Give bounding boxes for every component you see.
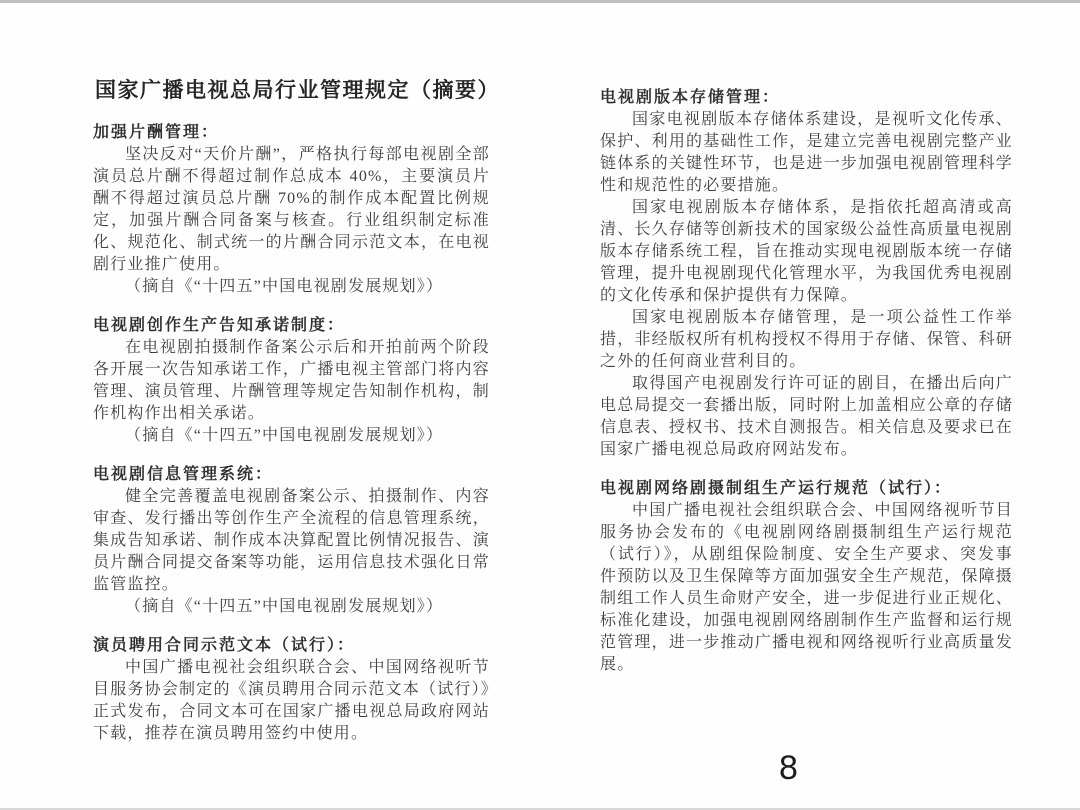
section-heading: 加强片酬管理： bbox=[93, 122, 490, 144]
section-heading: 电视剧网络剧摄制组生产运行规范（试行）： bbox=[600, 478, 1013, 500]
source-citation: （摘自《“十四五”中国电视剧发展规划》） bbox=[93, 596, 490, 618]
section-actor-contract-template: 演员聘用合同示范文本（试行）： 中国广播电视社会组织联合会、中国网络视听节目服务… bbox=[93, 635, 490, 745]
section-pay-management: 加强片酬管理： 坚决反对“天价片酬”，严格执行每部电视剧全部演员总片酬不得超过制… bbox=[93, 122, 490, 298]
paragraph: 取得国产电视剧发行许可证的剧目，在播出后向广电总局提交一套播出版，同时附上加盖相… bbox=[600, 373, 1013, 461]
source-citation: （摘自《“十四五”中国电视剧发展规划》） bbox=[93, 276, 490, 298]
section-information-system: 电视剧信息管理系统： 健全完善覆盖电视剧备案公示、拍摄制作、内容审查、发行播出等… bbox=[93, 464, 490, 618]
source-citation: （摘自《“十四五”中国电视剧发展规划》） bbox=[93, 425, 490, 447]
right-column: 电视剧版本存储管理： 国家电视剧版本存储体系建设，是视听文化传承、保护、利用的基… bbox=[600, 87, 1013, 676]
paragraph: 在电视剧拍摄制作备案公示后和开拍前两个阶段各开展一次告知承诺工作，广播电视主管部… bbox=[93, 337, 490, 425]
page-number: 8 bbox=[779, 748, 798, 788]
paragraph: 国家电视剧版本存储管理，是一项公益性工作举措，非经版权所有机构授权不得用于存储、… bbox=[600, 307, 1013, 373]
paragraph: 中国广播电视社会组织联合会、中国网络视听节目服务协会发布的《电视剧网络剧摄制组生… bbox=[600, 500, 1013, 676]
paragraph: 国家电视剧版本存储体系，是指依托超高清或高清、长久存储等创新技术的国家级公益性高… bbox=[600, 197, 1013, 307]
paragraph: 坚决反对“天价片酬”，严格执行每部电视剧全部演员总片酬不得超过制作总成本 40%… bbox=[93, 144, 490, 276]
paragraph: 国家电视剧版本存储体系建设，是视听文化传承、保护、利用的基础性工作，是建立完善电… bbox=[600, 109, 1013, 197]
section-heading: 演员聘用合同示范文本（试行）： bbox=[93, 635, 490, 657]
section-heading: 电视剧信息管理系统： bbox=[93, 464, 490, 486]
left-column: 加强片酬管理： 坚决反对“天价片酬”，严格执行每部电视剧全部演员总片酬不得超过制… bbox=[93, 122, 490, 745]
page-top-edge bbox=[0, 0, 1080, 3]
paragraph: 健全完善覆盖电视剧备案公示、拍摄制作、内容审查、发行播出等创作生产全流程的信息管… bbox=[93, 486, 490, 596]
section-heading: 电视剧创作生产告知承诺制度： bbox=[93, 315, 490, 337]
section-crew-production-rules: 电视剧网络剧摄制组生产运行规范（试行）： 中国广播电视社会组织联合会、中国网络视… bbox=[600, 478, 1013, 676]
paragraph: 中国广播电视社会组织联合会、中国网络视听节目服务协会制定的《演员聘用合同示范文本… bbox=[93, 657, 490, 745]
section-notification-commitment: 电视剧创作生产告知承诺制度： 在电视剧拍摄制作备案公示后和开拍前两个阶段各开展一… bbox=[93, 315, 490, 447]
section-heading: 电视剧版本存储管理： bbox=[600, 87, 1013, 109]
document-title: 国家广播电视总局行业管理规定（摘要） bbox=[95, 74, 500, 106]
section-version-storage: 电视剧版本存储管理： 国家电视剧版本存储体系建设，是视听文化传承、保护、利用的基… bbox=[600, 87, 1013, 461]
